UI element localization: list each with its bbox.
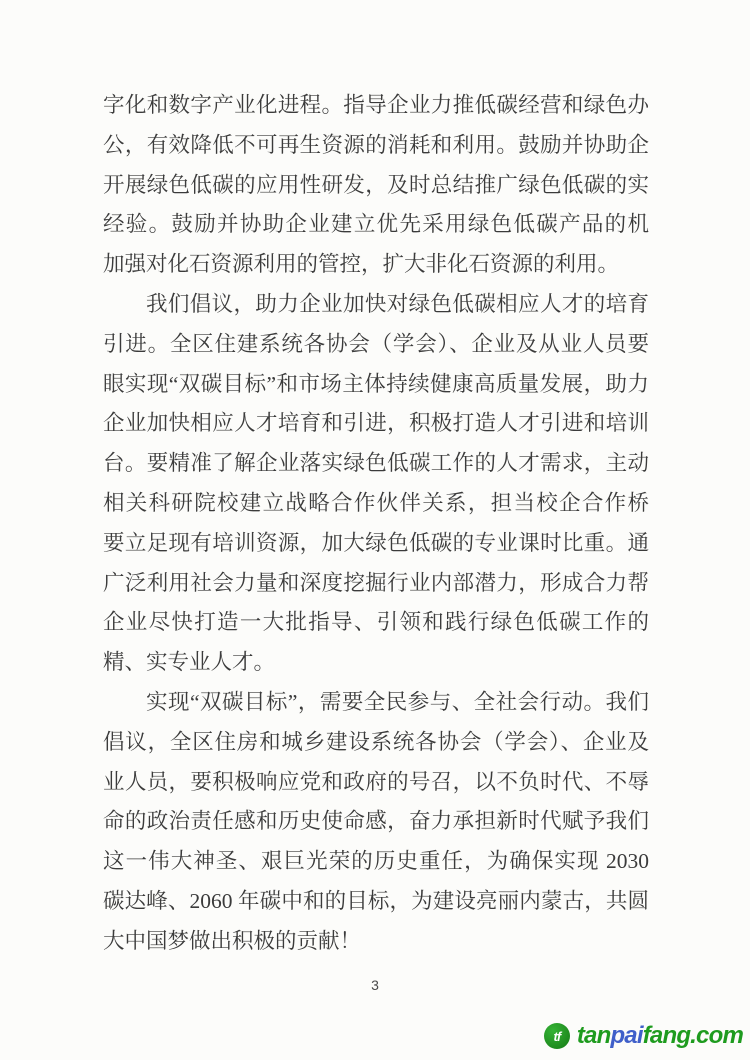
text-line: 开展绿色低碳的应用性研发，及时总结推广绿色低碳的实践	[103, 166, 649, 206]
text-line: 公，有效降低不可再生资源的消耗和利用。鼓励并协助企业	[103, 126, 649, 166]
text-line: 企业加快相应人才培育和引进，积极打造人才引进和培训平	[103, 404, 649, 444]
paragraph: 字化和数字产业化进程。指导企业力推低碳经营和绿色办 公，有效降低不可再生资源的消…	[103, 86, 649, 285]
text-line: 企业尽快打造一大批指导、引领和践行绿色低碳工作的高、	[103, 603, 649, 643]
text-line: 要立足现有培训资源，加大绿色低碳的专业课时比重。通过	[103, 524, 649, 564]
text-line: 我们倡议，助力企业加快对绿色低碳相应人才的培育和	[103, 285, 649, 325]
text-line: 倡议，全区住房和城乡建设系统各协会（学会）、企业及从	[103, 723, 649, 763]
page-number: 3	[0, 973, 750, 997]
paragraph: 我们倡议，助力企业加快对绿色低碳相应人才的培育和 引进。全区住建系统各协会（学会…	[103, 285, 649, 683]
text-line: 相关科研院校建立战略合作伙伴关系，担当校企合作桥梁。	[103, 484, 649, 524]
text-line: 加强对化石资源利用的管控，扩大非化石资源的利用。	[103, 245, 649, 285]
text-line: 精、实专业人才。	[103, 643, 649, 683]
watermark-tanpaifang: tf tanpaifang.com	[544, 1020, 743, 1052]
text-line: 业人员，要积极响应党和政府的号召，以不负时代、不辱使	[103, 763, 649, 803]
text-line: 眼实现“双碳目标”和市场主体持续健康高质量发展，助力	[103, 365, 649, 405]
watermark-text-pai: pai	[610, 1022, 642, 1049]
tanpaifang-logo-icon: tf	[544, 1023, 570, 1049]
document-page: 字化和数字产业化进程。指导企业力推低碳经营和绿色办 公，有效降低不可再生资源的消…	[0, 0, 750, 1060]
text-line: 字化和数字产业化进程。指导企业力推低碳经营和绿色办	[103, 86, 649, 126]
watermark-text-fang: fang.com	[643, 1022, 743, 1049]
watermark-text-tan: tan	[577, 1022, 611, 1049]
text-line: 台。要精准了解企业落实绿色低碳工作的人才需求，主动与	[103, 444, 649, 484]
text-line: 命的政治责任感和历史使命感，奋力承担新时代赋予我们的	[103, 802, 649, 842]
text-line: 广泛利用社会力量和深度挖掘行业内部潜力，形成合力帮助	[103, 564, 649, 604]
text-line: 引进。全区住建系统各协会（学会）、企业及从业人员要着	[103, 325, 649, 365]
paragraph: 实现“双碳目标”，需要全民参与、全社会行动。我们 倡议，全区住房和城乡建设系统各…	[103, 683, 649, 962]
text-line: 大中国梦做出积极的贡献！	[103, 922, 649, 962]
text-line: 经验。鼓励并协助企业建立优先采用绿色低碳产品的机制，	[103, 205, 649, 245]
text-line: 碳达峰、2060 年碳中和的目标，为建设亮丽内蒙古，共圆伟	[103, 882, 649, 922]
watermark-text: tanpaifang.com	[577, 1020, 743, 1052]
document-body-text: 字化和数字产业化进程。指导企业力推低碳经营和绿色办 公，有效降低不可再生资源的消…	[103, 86, 649, 962]
text-line: 实现“双碳目标”，需要全民参与、全社会行动。我们	[103, 683, 649, 723]
text-line: 这一伟大神圣、艰巨光荣的历史重任，为确保实现 2030 年	[103, 842, 649, 882]
